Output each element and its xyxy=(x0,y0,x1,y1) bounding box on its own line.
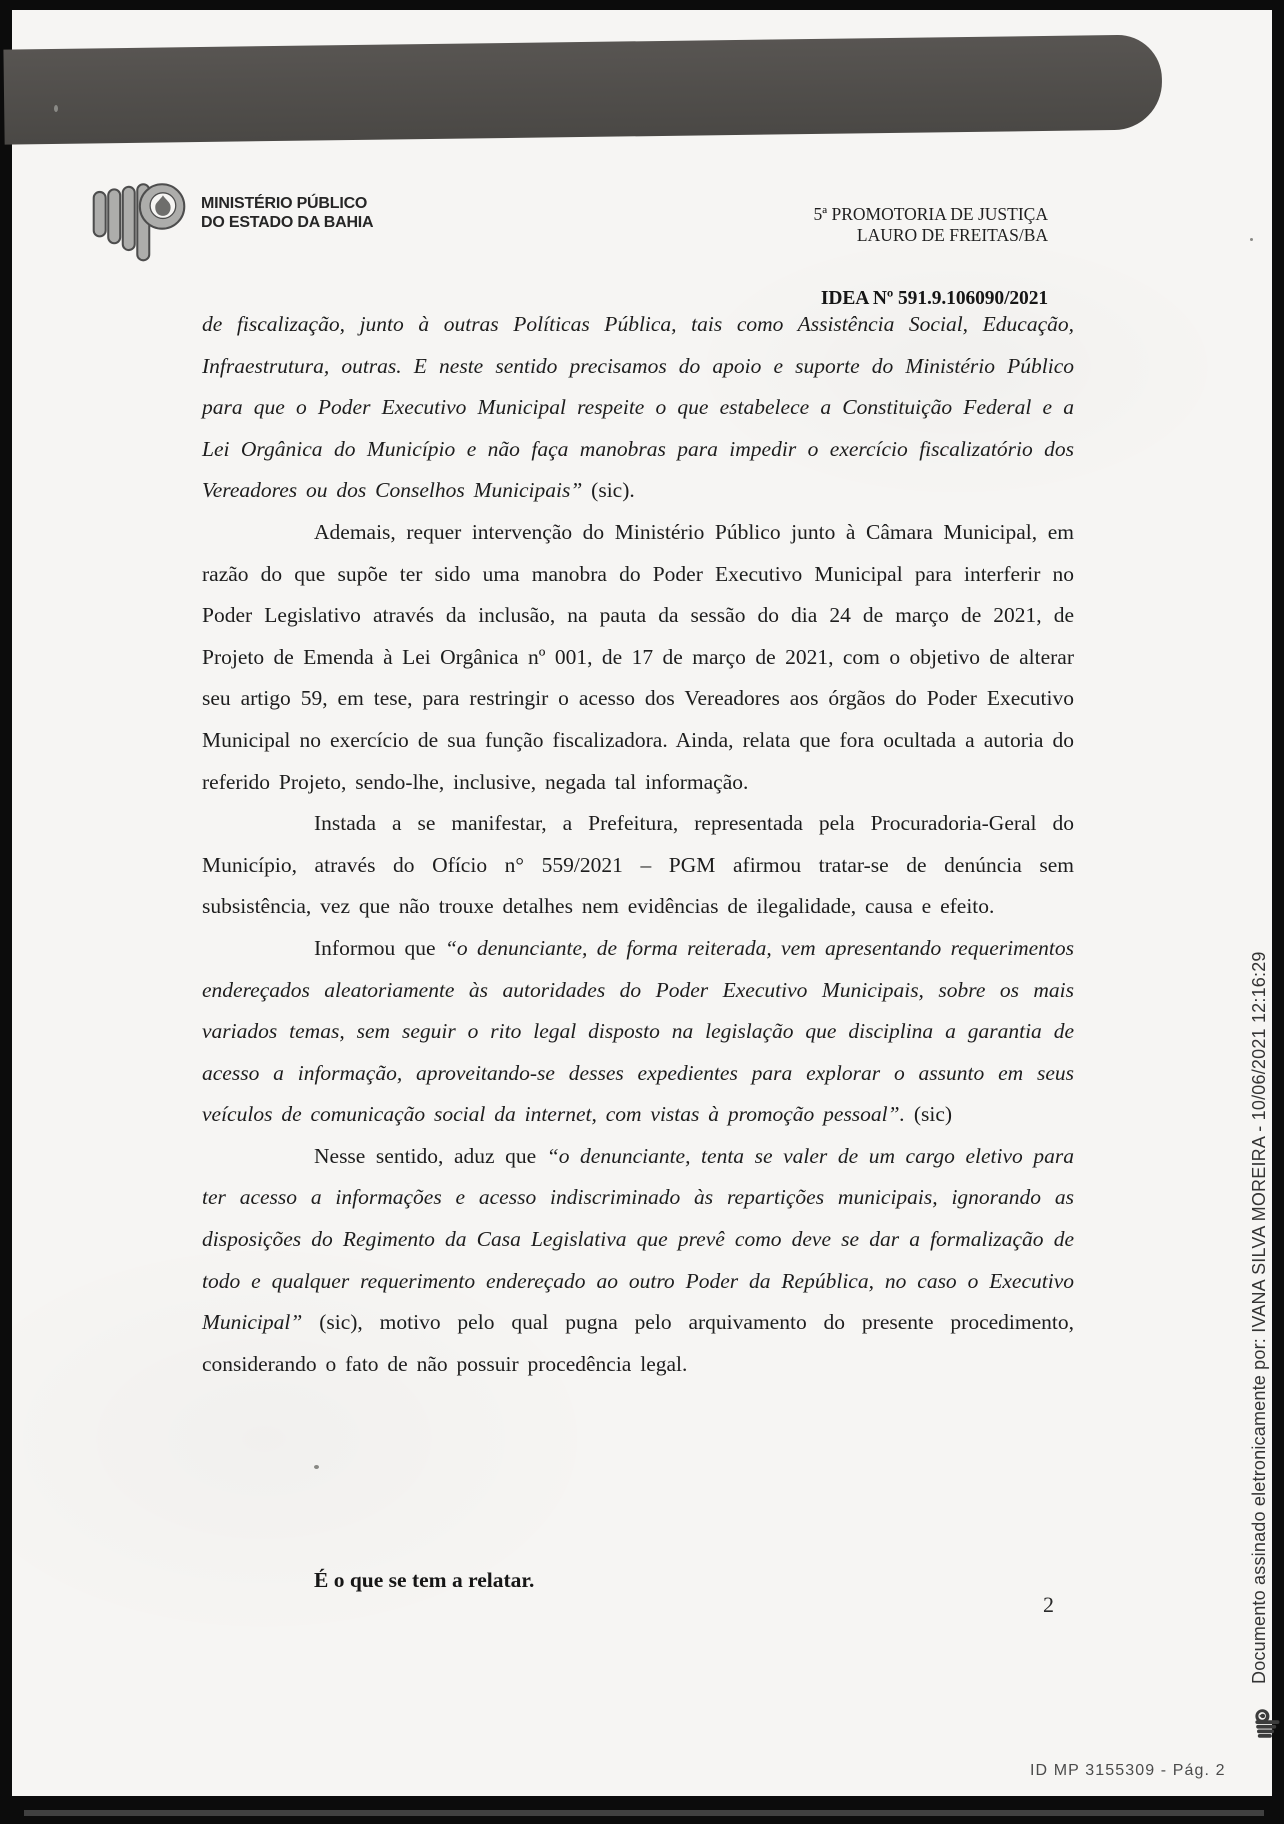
mp-bahia-logo-icon xyxy=(92,178,186,264)
office-line1: 5ª PROMOTORIA DE JUSTIÇA xyxy=(814,204,1048,225)
body-paragraphs: de fiscalização, junto à outras Política… xyxy=(202,304,1074,1385)
document-id: ID MP 3155309 - Pág. 2 xyxy=(1030,1762,1226,1780)
office-block: 5ª PROMOTORIA DE JUSTIÇA LAURO DE FREITA… xyxy=(814,204,1048,246)
scan-speck xyxy=(54,105,58,112)
scan-speck xyxy=(1250,238,1253,241)
paragraph-segment: Nesse sentido, aduz que xyxy=(314,1144,547,1168)
paragraph: de fiscalização, junto à outras Política… xyxy=(202,304,1074,512)
paragraph: Ademais, requer intervenção do Ministéri… xyxy=(202,512,1074,803)
office-line2: LAURO DE FREITAS/BA xyxy=(814,225,1048,246)
paragraph-segment: Ademais, requer intervenção do Ministéri… xyxy=(202,520,1074,794)
paragraph-segment: “o denunciante, de forma reiterada, vem … xyxy=(202,936,1074,1126)
paragraph-segment: de fiscalização, junto à outras Política… xyxy=(202,312,1074,502)
mp-logo-small-icon xyxy=(1254,1709,1281,1739)
scanner-edge-stripe xyxy=(24,1810,1264,1816)
scan-artifact-band xyxy=(3,34,1162,144)
paper-sheet: MINISTÉRIO PÚBLICO DO ESTADO DA BAHIA 5ª… xyxy=(12,10,1272,1796)
paragraph-segment: Informou que xyxy=(314,936,445,960)
paragraph-segment: Instada a se manifestar, a Prefeitura, r… xyxy=(202,811,1074,918)
paragraph-segment: (sic). xyxy=(582,478,634,502)
paragraph-segment: (sic), motivo pelo qual pugna pelo arqui… xyxy=(202,1310,1074,1376)
electronic-signature-text: Documento assinado eletronicamente por: … xyxy=(1249,951,1270,1684)
paragraph: Instada a se manifestar, a Prefeitura, r… xyxy=(202,803,1074,928)
org-name-line1: MINISTÉRIO PÚBLICO xyxy=(201,194,373,213)
paragraph: Nesse sentido, aduz que “o denunciante, … xyxy=(202,1136,1074,1386)
paragraph-segment: (sic) xyxy=(905,1102,952,1126)
page-number: 2 xyxy=(1043,1592,1054,1618)
org-name-line2: DO ESTADO DA BAHIA xyxy=(201,213,373,232)
org-name: MINISTÉRIO PÚBLICO DO ESTADO DA BAHIA xyxy=(201,194,373,232)
closing-statement: É o que se tem a relatar. xyxy=(314,1568,534,1593)
scan-speck xyxy=(314,1465,319,1469)
scanned-document-page: MINISTÉRIO PÚBLICO DO ESTADO DA BAHIA 5ª… xyxy=(0,0,1284,1824)
paragraph: Informou que “o denunciante, de forma re… xyxy=(202,928,1074,1136)
paragraph-segment: “o denunciante, tenta se valer de um car… xyxy=(202,1144,1074,1334)
